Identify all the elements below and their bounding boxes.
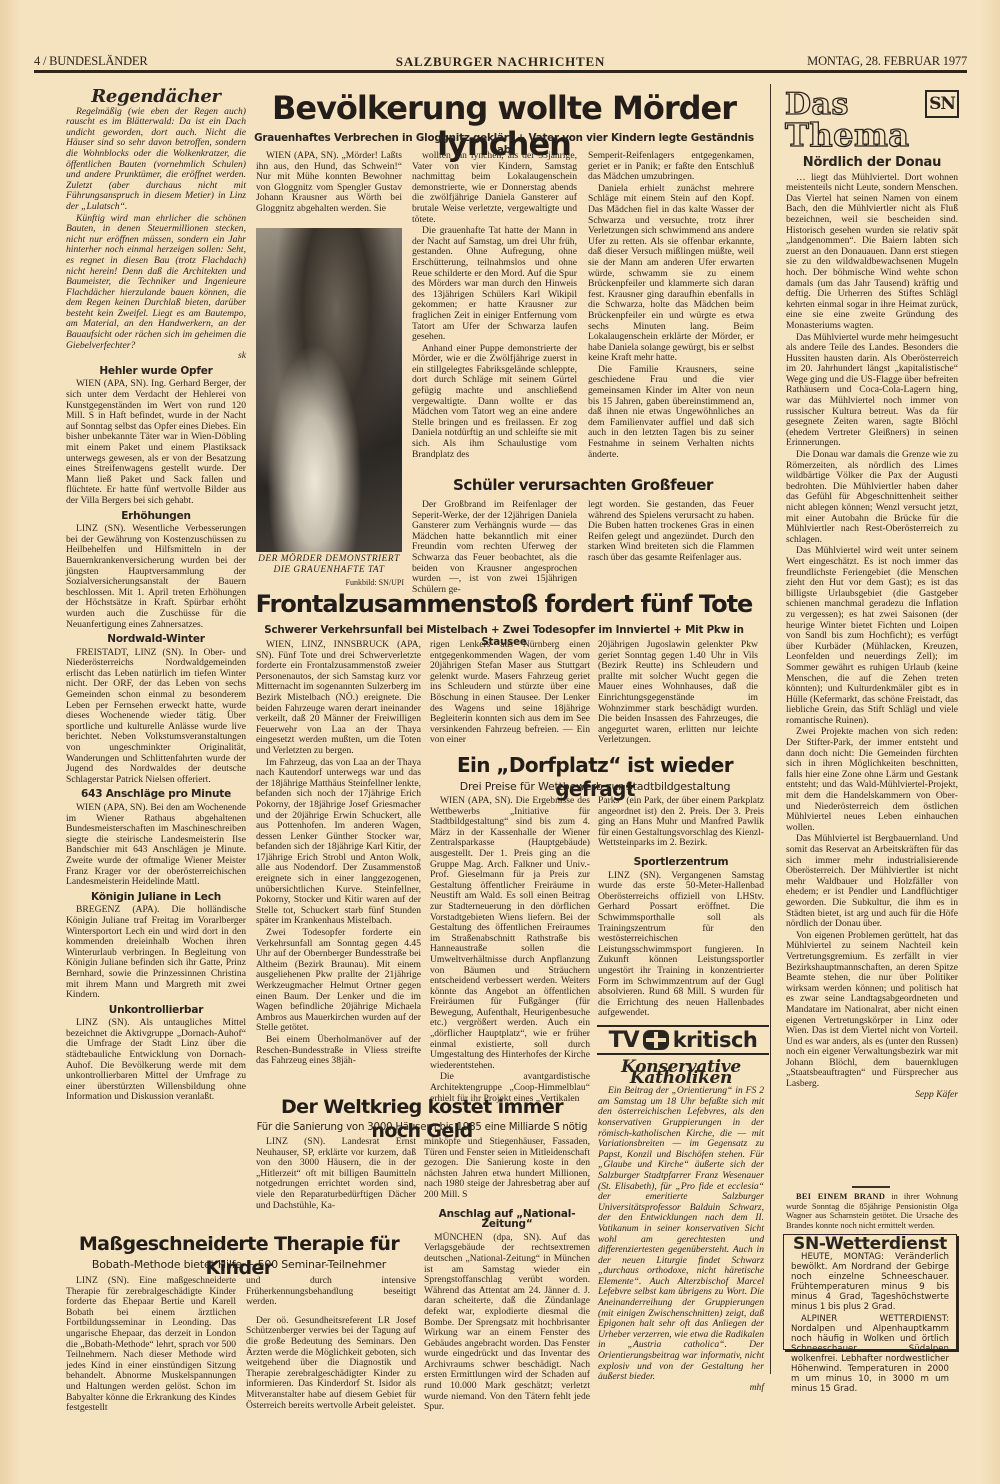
lead-col2-p2: Die grauenhafte Tat hatte der Mann in de…: [412, 226, 577, 343]
lead-col3: Semperit-Reifenlagers entgegenkamen, ger…: [588, 151, 754, 460]
weltkrieg-col1: LINZ (SN). Landesrat Ernst Neuhauser, SP…: [256, 1137, 416, 1211]
frontal-col1-p3: Zwei Todesopfer forderte ein Verkehrsunf…: [256, 928, 421, 1034]
therapie-col2: und durch intensive Früherkennungsbehand…: [246, 1276, 416, 1411]
unkontrollierbar-title: Unkontrollierbar: [66, 1005, 246, 1016]
frontal-col3: 20jährigen Jugoslawin gelenkter Pkw geri…: [598, 640, 758, 746]
tv-kritisch-signature: mhf: [598, 1383, 764, 1394]
frontal-headline: Frontalzusammenstoß fordert fünf Tote: [254, 590, 754, 618]
dorfplatz-col1: WIEN (APA, SN). Die Ergebnisse des Wettb…: [430, 796, 590, 1104]
das-thema-p4: Das Mühlviertel wird weit unter seinem W…: [786, 546, 958, 726]
lead-col2-p3: Anhand einer Puppe demonstrierte der Mör…: [412, 344, 577, 461]
frontal-col1-p2: Im Fahrzeug, das von Laa an der Thaya na…: [256, 758, 421, 928]
nordwald-title: Nordwald-Winter: [66, 634, 246, 645]
masthead-rule: [34, 70, 967, 73]
masthead: 4 / BUNDESLÄNDER SALZBURGER NACHRICHTEN …: [34, 54, 967, 70]
weltkrieg-col2: minköpfe und Stiegenhäuser, Fassaden, Tü…: [424, 1137, 590, 1413]
das-thema-p1: … liegt das Mühlviertel. Dort wohnen mei…: [786, 173, 958, 332]
sportlerzentrum-text: LINZ (SN). Vergangenen Samstag wurde das…: [598, 871, 764, 1019]
tv-kritisch-text: Ein Beitrag der „Orientierung“ in FS 2 a…: [598, 1086, 764, 1383]
erhoehungen-text: LINZ (SN). Wesentliche Verbesserungen be…: [66, 524, 246, 630]
frontal-col1-p4: Bei einem Überholmanöver auf der Reschen…: [256, 1035, 421, 1067]
lead-photo: [256, 228, 402, 552]
juliane-title: Königin Juliane in Lech: [66, 892, 246, 903]
unkontrollierbar-text: LINZ (SN). Als untaugliches Mittel bezei…: [66, 1018, 246, 1103]
anschlaege-text: WIEN (APA, SN). Bei den am Wochenende im…: [66, 803, 246, 888]
national-zeitung-text: MÜNCHEN (dpa, SN). Auf das Verlagsgebäud…: [424, 1233, 590, 1413]
hehler-title: Hehler wurde Opfer: [66, 366, 246, 377]
therapie-col2-p1: und durch intensive Früherkennungsbehand…: [246, 1276, 416, 1308]
grossfeuer-col1-text: Der Großbrand im Reifenlager der Seperit…: [412, 500, 577, 595]
das-thema-p2: Das Mühlviertel wurde mehr heimgesucht a…: [786, 333, 958, 450]
regendaecher-signature: sk: [66, 351, 246, 362]
issue-date: MONTAG, 28. FEBRUAR 1977: [807, 54, 967, 69]
short-divider: [852, 1186, 890, 1188]
frontal-col2: rigen Lenkers aus Nürnberg einen entgege…: [430, 640, 590, 746]
frontal-col1: WIEN, LINZ, INNSBRUCK (APA, SN). Fünf To…: [256, 640, 421, 1067]
regendaecher-p1: Regelmäßig (wie eben der Regen auch) rau…: [66, 107, 246, 213]
lead-col1: WIEN (APA, SN). „Mörder! Laßts ihn aus, …: [256, 151, 402, 215]
therapie-col1-text: LINZ (SN). Eine maßgeschneiderte Therapi…: [66, 1276, 236, 1414]
regendaecher-title: Regendächer: [66, 92, 246, 103]
lead-col2: wollten ihn lynchen, als der 33jährige, …: [412, 151, 577, 460]
dorfplatz-col2: Parks“ (ein Park, der über einem Parkpla…: [598, 796, 764, 1019]
das-thema-p3: Die Donau war damals die Grenze wie zu R…: [786, 450, 958, 545]
juliane-text: BREGENZ (APA). Die holländische Königin …: [66, 905, 246, 1000]
nordwald-text: FREISTADT, LINZ (SN). In Ober- und Niede…: [66, 648, 246, 786]
weltkrieg-col2-text: minköpfe und Stiegenhäuser, Fassaden, Tü…: [424, 1137, 590, 1201]
das-thema-p6: Das Mühlviertel ist Bergbauernland. Und …: [786, 834, 958, 929]
column-divider-right: [770, 84, 771, 1374]
das-thema-logo: Das Thema SN: [783, 90, 959, 152]
kritisch-label: kritisch: [673, 1028, 758, 1052]
thema-word: Thema: [785, 120, 910, 150]
anschlaege-title: 643 Anschläge pro Minute: [66, 789, 246, 800]
tv-cross-icon: [643, 1030, 669, 1050]
weather-title: SN-Wetterdienst: [791, 1239, 949, 1249]
lead-col3-p2: Daniela erhielt zunächst mehrere Schläge…: [588, 184, 754, 364]
frontal-col2-text: rigen Lenkers aus Nürnberg einen entgege…: [430, 640, 590, 746]
weltkrieg-col1-text: LINZ (SN). Landesrat Ernst Neuhauser, SP…: [256, 1137, 416, 1211]
weather-today: HEUTE, MONTAG: Veränderlich bewölkt. Am …: [791, 1252, 949, 1312]
frontal-col1-p1: WIEN, LINZ, INNSBRUCK (APA, SN). Fünf To…: [256, 640, 421, 757]
dorfplatz-col1-text: WIEN (APA, SN). Die Ergebnisse des Wettb…: [430, 796, 590, 1071]
grossfeuer-col2: legt worden. Sie gestanden, das Feuer wä…: [588, 500, 754, 564]
dorfplatz-headline: Ein „Dorfplatz“ ist wieder gefragt: [430, 753, 760, 801]
weather-alpine: ALPINER WETTERDIENST: Nordalpen und Alpe…: [791, 1314, 949, 1394]
grossfeuer-col1: Der Großbrand im Reifenlager der Seperit…: [412, 500, 577, 595]
tv-kritisch-banner: TV kritisch: [597, 1025, 769, 1055]
weltkrieg-deck: Für die Sanierung von 3000 Häusern bis 1…: [254, 1122, 590, 1133]
newspaper-page: 4 / BUNDESLÄNDER SALZBURGER NACHRICHTEN …: [0, 0, 1000, 1484]
brand-brief-lead: BEI EINEM BRAND: [796, 1192, 885, 1201]
regendaecher-p2: Künftig wird man ehrlicher die schönen B…: [66, 214, 246, 352]
tv-label: TV: [609, 1028, 639, 1053]
therapie-headline: Maßgeschneiderte Therapie für Kinder: [60, 1232, 418, 1280]
das-thema-p5: Zwei Projekte machen von sich reden: Der…: [786, 727, 958, 833]
weather-box: SN-Wetterdienst HEUTE, MONTAG: Veränderl…: [783, 1234, 957, 1350]
grossfeuer-title: Schüler verursachten Großfeuer: [412, 476, 754, 494]
brand-brief: BEI EINEM BRAND in ihrer Wohnung wurde S…: [786, 1192, 958, 1230]
therapie-deck: Bobath-Methode bietet Hilfe + 500 Semina…: [60, 1258, 418, 1271]
das-thema-column: Nördlich der Donau … liegt das Mühlviert…: [786, 158, 958, 1100]
grossfeuer-col2-text: legt worden. Sie gestanden, das Feuer wä…: [588, 500, 754, 564]
sn-logo-icon: SN: [925, 90, 959, 118]
das-thema-signature: Sepp Käfer: [786, 1090, 958, 1101]
sportlerzentrum-title: Sportlerzentrum: [598, 857, 764, 868]
dorfplatz-deck: Drei Preise für Wettbewerb zur Stadtbild…: [430, 780, 760, 793]
dorfplatz-col2-text: Parks“ (ein Park, der über einem Parkpla…: [598, 796, 764, 849]
photo-credit: Funkbild: SN/UPI: [256, 578, 404, 587]
therapie-col2-p2: Der oö. Gesundheitsreferent LR Josef Sch…: [246, 1316, 416, 1411]
lead-col1-text: WIEN (APA, SN). „Mörder! Laßts ihn aus, …: [256, 151, 402, 215]
national-zeitung-title: Anschlag auf „National-Zeitung“: [424, 1209, 590, 1230]
left-column: Regendächer Regelmäßig (wie eben der Reg…: [66, 92, 246, 1103]
lead-col3-p3: Die Familie Krausners, seine geschiedene…: [588, 365, 754, 460]
tv-kritisch-column: Konservative Katholiken Ein Beitrag der …: [598, 1062, 764, 1393]
das-thema-p7: Von eigenen Problemen gerüttelt, hat das…: [786, 931, 958, 1090]
therapie-col1: LINZ (SN). Eine maßgeschneiderte Therapi…: [66, 1276, 236, 1414]
lead-col2-p1: wollten ihn lynchen, als der 33jährige, …: [412, 151, 577, 225]
das-thema-title: Nördlich der Donau: [786, 158, 958, 169]
photo-caption: DER MÖRDER DEMONSTRIERT DIE GRAUENHAFTE …: [250, 554, 408, 576]
erhoehungen-title: Erhöhungen: [66, 511, 246, 522]
lead-col3-p1: Semperit-Reifenlagers entgegenkamen, ger…: [588, 151, 754, 183]
frontal-col3-text: 20jährigen Jugoslawin gelenkter Pkw geri…: [598, 640, 758, 746]
hehler-text: WIEN (APA, SN). Ing. Gerhard Berger, der…: [66, 379, 246, 506]
